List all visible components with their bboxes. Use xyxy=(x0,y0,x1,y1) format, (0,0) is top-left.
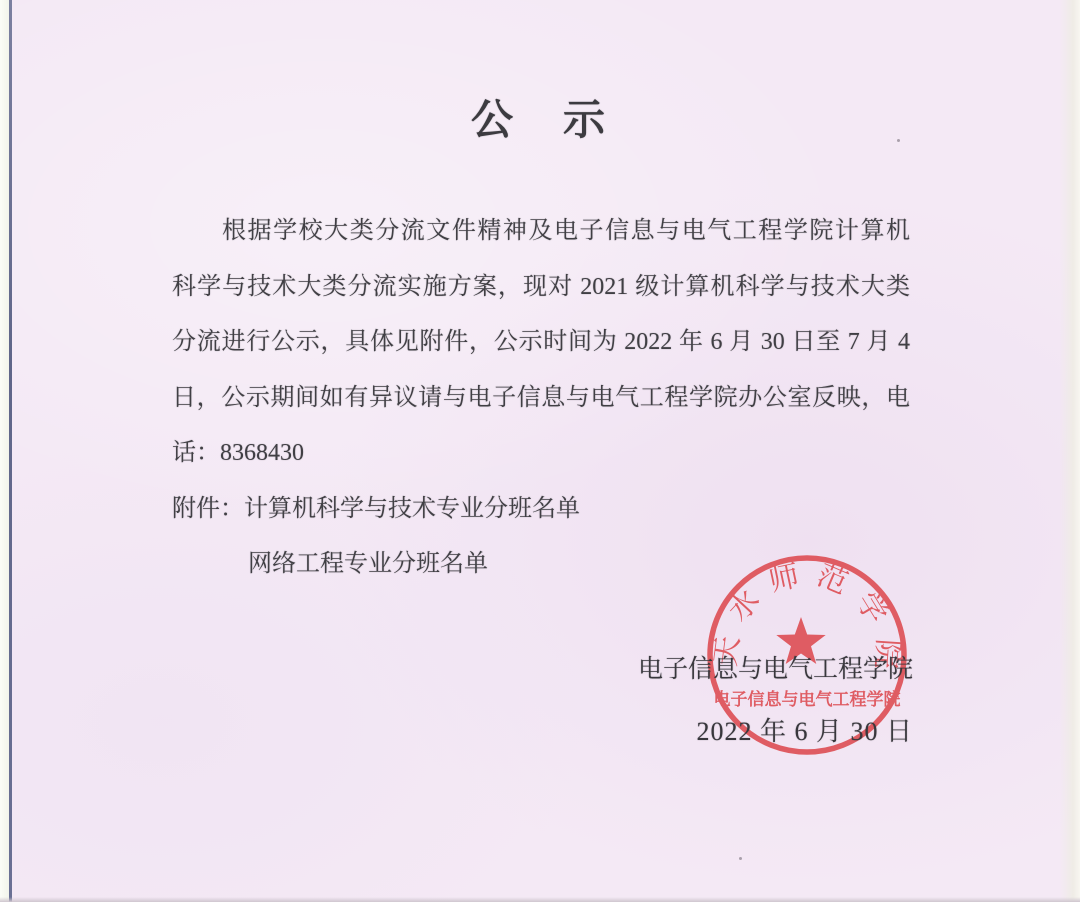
scan-speck xyxy=(739,857,742,860)
announcement-title: 公 示 xyxy=(0,92,1080,150)
body-line-phone: 话：8368430 xyxy=(172,426,910,482)
body-line-1: 根据学校大类分流文件精神及电子信息与电气工程学院计算机 xyxy=(172,204,910,260)
body-line-3: 分流进行公示，具体见附件，公示时间为 2022 年 6 月 30 日至 7 月 … xyxy=(172,315,910,371)
announcement-body: 根据学校大类分流文件精神及电子信息与电气工程学院计算机 科学与技术大类分流实施方… xyxy=(172,204,910,593)
scan-speck xyxy=(897,139,900,142)
signature-block: 电子信息与电气工程学院 2022 年 6 月 30 日 xyxy=(638,639,913,763)
scan-edge-left-line xyxy=(9,0,12,902)
signature-org: 电子信息与电气工程学院 xyxy=(638,639,913,701)
scan-edge-bottom-shadow xyxy=(0,897,1080,902)
scan-edge-right-strip xyxy=(1060,0,1080,902)
attachment-line-2: 网络工程专业分班名单 xyxy=(172,537,910,593)
scan-edge-left-strip xyxy=(0,0,9,902)
scanned-announcement-page: 公 示 根据学校大类分流文件精神及电子信息与电气工程学院计算机 科学与技术大类分… xyxy=(0,0,1080,902)
attachment-line-1: 附件：计算机科学与技术专业分班名单 xyxy=(172,482,910,538)
body-line-4: 日，公示期间如有异议请与电子信息与电气工程学院办公室反映，电 xyxy=(172,371,910,427)
body-line-2: 科学与技术大类分流实施方案，现对 2021 级计算机科学与技术大类 xyxy=(172,260,910,316)
signature-date: 2022 年 6 月 30 日 xyxy=(638,701,913,763)
